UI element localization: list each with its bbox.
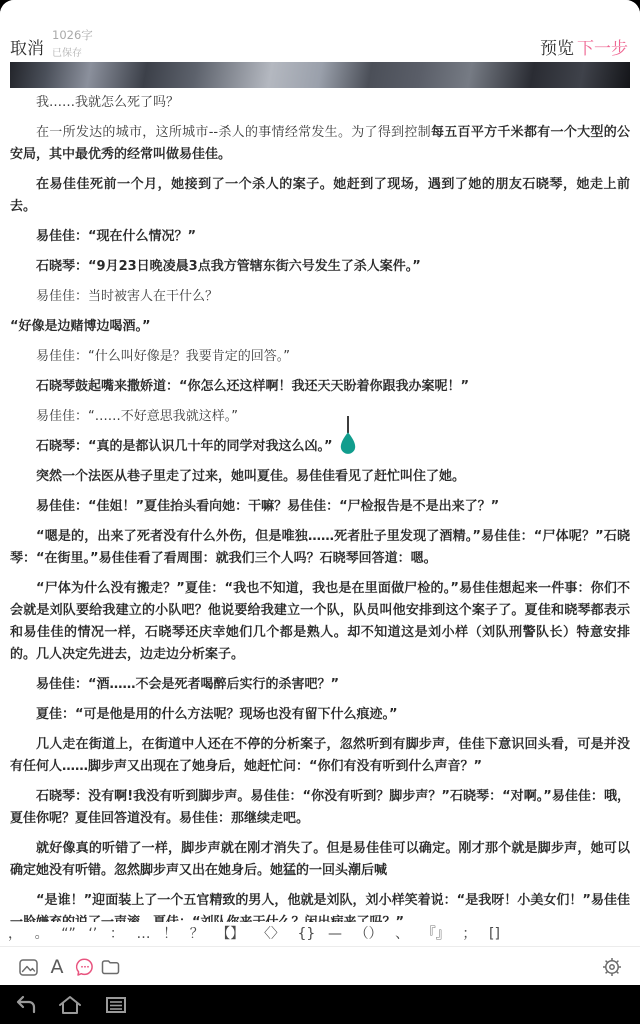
paragraph[interactable]: 易佳佳：“现在什么情况？” <box>10 226 630 248</box>
font-style-button[interactable]: A <box>46 956 68 978</box>
punctuation-key[interactable]: ， <box>8 922 22 946</box>
recent-apps-button[interactable] <box>104 994 128 1016</box>
comment-bubble-icon <box>75 958 94 976</box>
editor-screen: 取消 1026字 已保存 预览 下一步 我……我就怎么死了吗？在一所发达的城市，… <box>0 0 640 985</box>
paragraph[interactable]: 夏佳：“可是他是用的什么方法呢？现场也没有留下什么痕迹。” <box>10 704 630 726</box>
editor-header: 取消 1026字 已保存 预览 下一步 <box>0 0 640 60</box>
paragraph[interactable]: 石晓琴鼓起嘴来撒娇道：“你怎么还这样啊！我还天天盼着你跟我办案呢！” <box>10 376 630 398</box>
paragraph[interactable]: 易佳佳：“佳姐！”夏佳抬头看向她：干嘛？易佳佳：“尸检报告是不是出来了？” <box>10 496 630 518</box>
home-button[interactable] <box>58 994 82 1016</box>
image-icon <box>19 959 38 976</box>
punctuation-key[interactable]: ！ <box>163 922 177 946</box>
paragraph[interactable]: 在一所发达的城市，这所城市--杀人的事情经常发生。为了得到控制每五百平方千米都有… <box>10 122 630 166</box>
back-button[interactable] <box>14 994 38 1016</box>
format-toolbar: A <box>0 946 640 985</box>
paragraph[interactable]: 石晓琴：没有啊!我没有听到脚步声。易佳佳：“你没有听到？脚步声？”石晓琴：“对啊… <box>10 786 630 830</box>
paragraph[interactable]: 石晓琴：“9月23日晚凌晨3点我方管辖东街六号发生了杀人案件。” <box>10 256 630 278</box>
paragraph[interactable]: “尸体为什么没有搬走？”夏佳：“我也不知道，我也是在里面做尸检的。”易佳佳想起来… <box>10 578 630 666</box>
word-count: 1026字 <box>52 28 93 42</box>
punctuation-key[interactable]: … <box>136 922 150 946</box>
editor-text-area[interactable]: 我……我就怎么死了吗？在一所发达的城市，这所城市--杀人的事情经常发生。为了得到… <box>10 92 630 942</box>
punctuation-key[interactable]: — <box>328 922 342 946</box>
punctuation-key[interactable]: ？ <box>190 922 204 946</box>
settings-gear-icon <box>602 957 622 977</box>
paragraph[interactable]: 在易佳佳死前一个月，她接到了一个杀人的案子。她赶到了现场，遇到了她的朋友石晓琴，… <box>10 174 630 218</box>
punctuation-key[interactable]: [] <box>489 922 500 946</box>
back-icon <box>15 995 37 1015</box>
punctuation-key[interactable]: 【】 <box>216 922 244 946</box>
comment-button[interactable] <box>73 956 95 978</box>
home-icon <box>58 995 82 1015</box>
paragraph[interactable]: 我……我就怎么死了吗？ <box>10 92 630 114</box>
punctuation-bar: ，。“”‘’：…！？【】〈〉{}—（）、『』；[] <box>0 922 640 946</box>
paragraph[interactable]: 易佳佳：“什么叫好像是？我要肯定的回答。” <box>10 346 630 368</box>
paragraph[interactable]: 易佳佳：“酒……不会是死者喝醉后实行的杀害吧？” <box>10 674 630 696</box>
punctuation-key[interactable]: {} <box>298 922 316 946</box>
paragraph[interactable]: 几人走在街道上，在街道中人还在不停的分析案子，忽然听到有脚步声，佳佳下意识回头看… <box>10 734 630 778</box>
next-step-button[interactable]: 下一步 <box>577 34 628 59</box>
paragraph[interactable]: “好像是边赌博边喝酒。” <box>10 316 630 338</box>
punctuation-key[interactable]: 。 <box>35 922 49 946</box>
android-nav-bar <box>0 985 640 1024</box>
insert-image-button[interactable] <box>17 956 39 978</box>
paragraph[interactable]: 突然一个法医从巷子里走了过来，她叫夏佳。易佳佳看见了赶忙叫住了她。 <box>10 466 630 488</box>
cover-image[interactable] <box>10 62 630 88</box>
punctuation-key[interactable]: 〈〉 <box>257 922 285 946</box>
punctuation-key[interactable]: “” <box>61 922 76 946</box>
settings-button[interactable] <box>601 956 623 978</box>
punctuation-key[interactable]: （） <box>355 922 383 946</box>
paragraph[interactable]: 易佳佳：“……不好意思我就这样。” <box>10 406 630 428</box>
paragraph[interactable]: 易佳佳：当时被害人在干什么？ <box>10 286 630 308</box>
cancel-button[interactable]: 取消 <box>10 34 44 59</box>
recent-apps-icon <box>105 996 127 1014</box>
cursor-drag-handle[interactable] <box>339 432 357 456</box>
punctuation-key[interactable]: ： <box>110 922 124 946</box>
paragraph[interactable]: 石晓琴：“真的是都认识几十年的同学对我这么凶。” <box>10 436 630 458</box>
punctuation-key[interactable]: ‘’ <box>88 922 97 946</box>
folder-icon <box>101 959 120 975</box>
punctuation-key[interactable]: 『』 <box>422 922 450 946</box>
punctuation-key[interactable]: 、 <box>395 922 409 946</box>
folder-button[interactable] <box>99 956 121 978</box>
paragraph[interactable]: “嗯是的，出来了死者没有什么外伤，但是唯独……死者肚子里发现了酒精。”易佳佳：“… <box>10 526 630 570</box>
font-icon: A <box>51 956 64 978</box>
preview-button[interactable]: 预览 <box>540 34 574 59</box>
punctuation-key[interactable]: ； <box>462 922 476 946</box>
save-status: 已保存 <box>52 44 82 59</box>
text-caret <box>347 416 349 433</box>
paragraph[interactable]: 就好像真的听错了一样，脚步声就在刚才消失了。但是易佳佳可以确定。刚才那个就是脚步… <box>10 838 630 882</box>
